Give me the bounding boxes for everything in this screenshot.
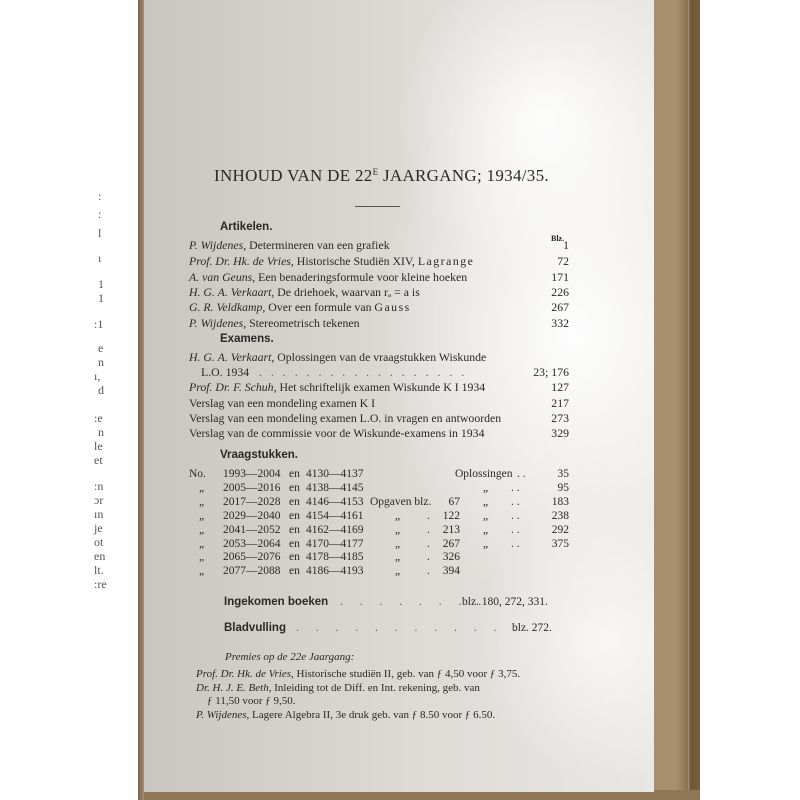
oplossingen-page: 238	[529, 509, 569, 523]
entry-page: 329	[551, 426, 569, 440]
previous-page-fragment: d	[98, 384, 104, 396]
bladvulling-pages: blz. 272.	[512, 622, 552, 634]
range-second: 4178—4185	[306, 550, 364, 564]
entry-title: Verslag van een mondeling examen K I	[189, 396, 375, 410]
ditto-mark: „	[483, 495, 488, 509]
entry-page: 273	[551, 411, 569, 425]
range-opgaven: 1993—2004	[223, 467, 281, 481]
oplossingen-page: 95	[529, 481, 569, 495]
previous-page-fragment: lt.	[94, 564, 104, 576]
previous-page-fragment: n	[98, 426, 104, 438]
ditto-mark: „	[395, 523, 400, 537]
bladvulling-entry: Bladvulling	[224, 622, 286, 634]
entry-page: 226	[551, 285, 569, 299]
entry-text: H. G. A. Verkaart, De driehoek, waarvan …	[189, 285, 420, 299]
leader-dots: . . . . . . . . . . . . . . . . . .	[259, 365, 467, 379]
entry-author: P. Wijdenes	[189, 238, 243, 252]
ditto-mark: „	[395, 564, 400, 578]
entry-page: 332	[551, 316, 569, 330]
bladvulling-leader: . . . . . . . . . . . .	[296, 622, 523, 634]
oplossingen-page: 35	[529, 467, 569, 481]
previous-page-fragment: e	[98, 342, 103, 354]
previous-page-fragment: ın	[94, 508, 103, 520]
previous-page-fragment: :re	[94, 578, 107, 590]
ditto-mark: „	[395, 537, 400, 551]
ditto-mark: .	[427, 537, 430, 551]
entry-text: P. Wijdenes, Stereometrisch tekenen	[189, 316, 359, 330]
ingekomen-boeken-pages: blz. 180, 272, 331.	[462, 596, 548, 608]
entry-author: Prof. Dr. Hk. de Vries	[189, 254, 291, 268]
range-second: 4170—4177	[306, 537, 364, 551]
oplossingen-page: 183	[529, 495, 569, 509]
section-heading-vraagstukken: Vraagstukken.	[220, 449, 298, 461]
range-opgaven: 2077—2088	[223, 564, 281, 578]
ingekomen-boeken-label: Ingekomen boeken	[224, 596, 328, 608]
oplossingen-label: Oplossingen	[455, 467, 513, 481]
entry-page: 127	[551, 380, 569, 394]
entry-author: G. R. Veldkamp	[189, 300, 262, 314]
vraagstukken-row: „2017—2028en4146—4153Opgaven blz.67„. .1…	[189, 495, 569, 509]
vraagstukken-row: „2077—2088en4186—4193„.394	[189, 564, 569, 578]
cover-edge-line	[688, 0, 689, 800]
entry-title-spaced: Lagrange	[418, 254, 475, 268]
entry-title: , Over een formule van	[262, 300, 374, 314]
entry-title: , Een benaderingsformule voor kleine hoe…	[252, 270, 467, 284]
premie-continuation: ƒ 11,50 voor ƒ 9,50.	[207, 695, 296, 708]
vraagstukken-row: „2065—2076en4178—4185„.326	[189, 550, 569, 564]
entry-text: Verslag van een mondeling examen L.O. in…	[189, 411, 501, 425]
previous-page-fragment: ı,	[94, 370, 100, 382]
entry-continuation: L.O. 1934	[201, 365, 249, 379]
entry-author: H. G. A. Verkaart	[189, 285, 271, 299]
range-opgaven: 2005—2016	[223, 481, 281, 495]
opgaven-page: 122	[436, 509, 460, 523]
leader-dots: . .	[511, 481, 520, 495]
previous-page-fragment: :	[98, 208, 101, 220]
previous-page-fragment: 1	[98, 278, 104, 290]
oplossingen-page: 292	[529, 523, 569, 537]
opgaven-page: 267	[436, 537, 460, 551]
connector: en	[289, 523, 300, 537]
entry-text: Verslag van een mondeling examen K I	[189, 396, 375, 410]
connector: en	[289, 481, 300, 495]
toc-entry: Verslag van een mondeling examen K I217	[189, 396, 569, 410]
toc-entry: Verslag van een mondeling examen L.O. in…	[189, 411, 569, 425]
previous-page-fragment: ı	[98, 252, 101, 264]
section-heading-examens: Examens.	[220, 333, 274, 345]
premie-author: Prof. Dr. Hk. de Vries	[196, 668, 291, 680]
opgaven-page: 213	[436, 523, 460, 537]
premie-text: , Lagere Algebra II, 3e druk geb. van ƒ …	[247, 709, 496, 721]
toc-entry-continuation: L.O. 1934. . . . . . . . . . . . . . . .…	[189, 365, 569, 379]
entry-page: 267	[551, 300, 569, 314]
ditto-mark: „	[483, 509, 488, 523]
entry-page: 171	[551, 270, 569, 284]
entry-page: 217	[551, 396, 569, 410]
entry-author: A. van Geuns	[189, 270, 252, 284]
leader-dots: . .	[511, 523, 520, 537]
entry-title: , Het schriftelijk examen Wiskunde K I 1…	[274, 380, 486, 394]
entry-title: , De driehoek, waarvan rₐ = a is	[271, 285, 419, 299]
entry-text: Prof. Dr. Hk. de Vries, Historische Stud…	[189, 254, 474, 268]
toc-entry: G. R. Veldkamp, Over een formule van Gau…	[189, 300, 569, 314]
ditto-mark: „	[483, 537, 488, 551]
vraagstukken-row: „2053—2064en4170—4177„.267„. .375	[189, 537, 569, 551]
range-second: 4186—4193	[306, 564, 364, 578]
range-second: 4162—4169	[306, 523, 364, 537]
entry-page: 23; 176	[533, 365, 569, 379]
opgaven-page: 394	[436, 564, 460, 578]
vraagstukken-row: „2041—2052en4162—4169„.213„. .292	[189, 523, 569, 537]
vraagstukken-row: „2005—2016en4138—4145„. .95	[189, 481, 569, 495]
entry-author: H. G. A. Verkaart	[189, 350, 271, 364]
leader-dots: . .	[517, 467, 526, 481]
entry-author: Prof. Dr. F. Schuh	[189, 380, 274, 394]
previous-page-fragment: :n	[94, 480, 103, 492]
ditto-mark: „	[395, 509, 400, 523]
connector: en	[289, 564, 300, 578]
toc-entry: P. Wijdenes, Stereometrisch tekenen332	[189, 316, 569, 330]
entry-text: P. Wijdenes, Determineren van een grafie…	[189, 238, 390, 252]
ingekomen-boeken-entry: Ingekomen boeken	[224, 596, 328, 608]
entry-text: Prof. Dr. F. Schuh, Het schriftelijk exa…	[189, 380, 485, 394]
previous-page-fragment: l	[98, 227, 101, 239]
premie-entry: Dr. H. J. E. Beth, Inleiding tot de Diff…	[196, 682, 480, 695]
ditto-mark: „	[483, 523, 488, 537]
entry-text: Verslag van de commissie voor de Wiskund…	[189, 426, 484, 440]
entry-title: Verslag van de commissie voor de Wiskund…	[189, 426, 484, 440]
entry-page: 1	[563, 238, 569, 252]
toc-entry: Prof. Dr. F. Schuh, Het schriftelijk exa…	[189, 380, 569, 394]
previous-page-fragment: ɔr	[94, 494, 103, 506]
range-second: 4146—4153	[306, 495, 364, 509]
connector: en	[289, 467, 300, 481]
leader-dots: . .	[511, 509, 520, 523]
ditto-mark: .	[427, 550, 430, 564]
section-heading-artikelen: Artikelen.	[220, 221, 272, 233]
ditto-mark: „	[395, 550, 400, 564]
range-opgaven: 2065—2076	[223, 550, 281, 564]
range-second: 4138—4145	[306, 481, 364, 495]
ditto-mark: .	[427, 509, 430, 523]
leader-dots: . .	[511, 537, 520, 551]
vraagstukken-row: No.1993—2004en4130—4137Oplossingen. .35	[189, 467, 569, 481]
previous-page-fragment: ot	[94, 536, 103, 548]
toc-entry: H. G. A. Verkaart, Oplossingen van de vr…	[189, 350, 569, 364]
bladvulling-label: Bladvulling	[224, 622, 286, 634]
premie-text: , Historische studiën II, geb. van ƒ 4,5…	[291, 668, 520, 680]
range-opgaven: 2041—2052	[223, 523, 281, 537]
page-title: INHOUD VAN DE 22E JAARGANG; 1934/35.	[214, 166, 549, 186]
connector: en	[289, 495, 300, 509]
toc-entry: Verslag van de commissie voor de Wiskund…	[189, 426, 569, 440]
previous-page-fragment: en	[94, 550, 105, 562]
premie-entry: Prof. Dr. Hk. de Vries, Historische stud…	[196, 668, 520, 681]
opgaven-page: 326	[436, 550, 460, 564]
entry-title: , Historische Studiën XIV,	[291, 254, 418, 268]
range-opgaven: 2017—2028	[223, 495, 281, 509]
oplossingen-page: 375	[529, 537, 569, 551]
opgaven-page: 67	[436, 495, 460, 509]
entry-title: , Determineren van een grafiek	[243, 238, 389, 252]
previous-page-fragment: :	[98, 190, 101, 202]
connector: en	[289, 509, 300, 523]
opgaven-label: Opgaven blz.	[370, 495, 431, 509]
range-second: 4130—4137	[306, 467, 364, 481]
row-prefix: No.	[189, 467, 217, 481]
title-rule	[355, 206, 400, 207]
entry-title: , Stereometrisch tekenen	[243, 316, 359, 330]
previous-page-fragment: :1	[94, 318, 103, 330]
vraagstukken-row: „2029—2040en4154—4161„.122„. .238	[189, 509, 569, 523]
entry-author: P. Wijdenes	[189, 316, 243, 330]
ditto-mark: .	[427, 564, 430, 578]
previous-page-fragment: je	[94, 522, 103, 534]
toc-entry: P. Wijdenes, Determineren van een grafie…	[189, 238, 569, 252]
leader-dots: . .	[511, 495, 520, 509]
connector: en	[289, 537, 300, 551]
entry-text: H. G. A. Verkaart, Oplossingen van de vr…	[189, 350, 486, 364]
range-opgaven: 2029—2040	[223, 509, 281, 523]
title-suffix: JAARGANG; 1934/35.	[378, 166, 549, 185]
entry-text: G. R. Veldkamp, Over een formule van Gau…	[189, 300, 411, 314]
range-second: 4154—4161	[306, 509, 364, 523]
ditto-mark: .	[427, 523, 430, 537]
premie-entry: P. Wijdenes, Lagere Algebra II, 3e druk …	[196, 709, 495, 722]
entry-title: , Oplossingen van de vraagstukken Wiskun…	[271, 350, 486, 364]
previous-page-fragment: n	[98, 356, 104, 368]
ditto-mark: „	[483, 481, 488, 495]
previous-page-fragment: et	[94, 454, 103, 466]
premie-author: P. Wijdenes	[196, 709, 247, 721]
connector: en	[289, 550, 300, 564]
premies-heading: Premies op de 22e Jaargang:	[225, 651, 354, 663]
premie-text: , Inleiding tot de Diff. en Int. rekenin…	[269, 682, 480, 694]
toc-entry: A. van Geuns, Een benaderingsformule voo…	[189, 270, 569, 284]
entry-title: Verslag van een mondeling examen L.O. in…	[189, 411, 501, 425]
previous-page-fragment: :e	[94, 412, 103, 424]
entry-page: 72	[557, 254, 569, 268]
previous-page-fragment: 1	[98, 292, 104, 304]
entry-title-spaced: Gauss	[374, 300, 410, 314]
range-opgaven: 2053—2064	[223, 537, 281, 551]
entry-text: A. van Geuns, Een benaderingsformule voo…	[189, 270, 467, 284]
title-prefix: INHOUD VAN DE 22	[214, 166, 373, 185]
previous-page-fragment: le	[94, 440, 103, 452]
premie-author: Dr. H. J. E. Beth	[196, 682, 269, 694]
toc-entry: Prof. Dr. Hk. de Vries, Historische Stud…	[189, 254, 569, 268]
toc-entry: H. G. A. Verkaart, De driehoek, waarvan …	[189, 285, 569, 299]
